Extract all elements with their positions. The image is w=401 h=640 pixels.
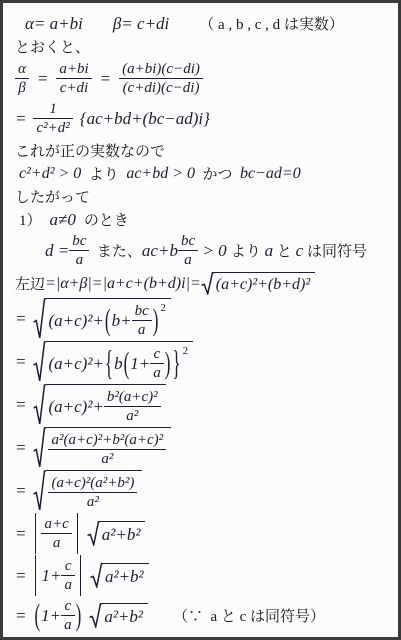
- square-root: (a+c)²+ ( b+ bc a ) 2: [33, 298, 170, 340]
- equals-sign: =: [15, 352, 26, 372]
- math-gt-zero: > 0: [198, 241, 231, 261]
- fraction-numerator: bc: [178, 232, 198, 251]
- text-mata: また、: [89, 240, 142, 261]
- fraction-abi-cdi: a+bi c+di: [56, 60, 91, 97]
- fraction-numerator: c: [61, 557, 75, 576]
- big-brace-close: }: [171, 343, 181, 384]
- d-equals: d =: [45, 241, 69, 261]
- radical-icon: [33, 427, 46, 469]
- fraction-numerator: (a+c)²(a²+b²): [48, 474, 137, 493]
- case-line-a-nonzero: 1） a≠0 のとき: [19, 209, 390, 230]
- formula-step-6: = a+c a a²+b²: [15, 513, 390, 554]
- label-lhs: 左辺: [15, 273, 45, 294]
- condition-bcad: bc−ad=0: [240, 165, 301, 183]
- absolute-value: a+c a: [35, 513, 77, 554]
- condition-acbd: ac+bd > 0: [126, 165, 195, 183]
- fraction-numerator: bc: [132, 302, 152, 321]
- beta-definition: β= c+di: [113, 14, 169, 34]
- formula-line-conditions: c²+d² > 0 より ac+bd > 0 かつ bc−ad=0: [19, 163, 390, 184]
- fraction-denominator: (c+di)(c−di): [119, 79, 203, 97]
- fraction-numerator: a²(a+c)²+b²(a+c)²: [48, 431, 166, 450]
- text-line-positive-real: これが正の実数なので: [15, 140, 390, 161]
- condition-c2d2: c²+d² > 0: [19, 165, 81, 183]
- formula-step-2: = (a+c)²+ { b ( 1+ c a ) } 2: [15, 341, 390, 383]
- radicand-prefix: (a+c)²+: [48, 354, 103, 374]
- fraction-combined: a²(a+c)²+b²(a+c)² a²: [48, 431, 166, 468]
- fraction-denominator: c+di: [56, 79, 91, 97]
- fraction-denominator: a: [61, 616, 75, 634]
- formula-step-1: = (a+c)²+ ( b+ bc a ) 2: [15, 298, 390, 340]
- fraction-denominator: c²+d²: [33, 119, 72, 137]
- paren-group: ( 1+ c a ): [33, 597, 82, 634]
- formula-line-expanded: = 1 c²+d² {ac+bd+(bc−ad)i}: [15, 100, 390, 137]
- fraction-denominator: a²: [48, 493, 137, 511]
- fraction-denominator: a: [41, 534, 71, 552]
- fraction-c-a: c a: [61, 557, 75, 594]
- document-page: α= a+bi β= c+di （ a , b , c , d は実数） とおく…: [0, 0, 401, 640]
- real-numbers-note: （ a , b , c , d は実数）: [199, 13, 344, 34]
- text-to: と: [273, 240, 296, 261]
- formula-line-d-value: d = bc a また、 ac+b bc a > 0 より a と c は同符号: [45, 232, 390, 269]
- formula-step-8-final: = ( 1+ c a ) a²+b² （∵ a と c は同符号）: [15, 597, 390, 634]
- formula-line-lhs: 左辺 =|α+β|=|a+c+(b+d)i|= (a+c)²+(b+d)²: [15, 272, 390, 295]
- math-one-plus: 1+: [41, 566, 61, 586]
- equals-sign: =: [37, 69, 48, 89]
- fraction-c-a: c a: [150, 345, 164, 382]
- fraction-numerator: 1: [33, 100, 72, 119]
- fraction-one-over-c2d2: 1 c²+d²: [33, 100, 72, 137]
- formula-line-division: α β = a+bi c+di = (a+bi)(c−di) (c+di)(c−…: [15, 60, 390, 97]
- square-root: (a+c)²(a²+b²) a²: [33, 470, 142, 512]
- braced-expression: {ac+bd+(bc−ad)i}: [80, 109, 210, 129]
- fraction-factored: (a+c)²(a²+b²) a²: [48, 474, 137, 511]
- math-b-plus: b+: [112, 311, 132, 331]
- big-paren-close: ): [164, 346, 172, 382]
- case-number: 1）: [19, 209, 42, 230]
- equals-sign: =: [100, 69, 111, 89]
- fraction-numerator: a+bi: [56, 60, 91, 79]
- fraction-denominator: a²: [48, 450, 166, 468]
- equals-sign: =: [15, 309, 26, 329]
- equals-sign: =: [15, 481, 26, 501]
- radicand: a²+b²: [104, 607, 143, 627]
- square-root: a²+b²: [89, 603, 148, 628]
- math-c: c: [296, 241, 304, 261]
- equals-sign: =: [15, 438, 26, 458]
- fraction-numerator: b²(a+c)²: [104, 388, 161, 407]
- absolute-value: 1+ c a: [35, 555, 80, 596]
- fraction-denominator: β: [15, 79, 29, 97]
- radicand: (a+c)²+(b+d)²: [216, 276, 310, 294]
- text-same-sign: は同符号: [303, 240, 367, 261]
- because-same-sign-note: （∵ a と c は同符号）: [173, 605, 325, 626]
- equals-sign: =: [15, 606, 26, 626]
- fraction-b2ac2-a2: b²(a+c)² a²: [104, 388, 161, 425]
- radical-icon: [201, 272, 214, 295]
- text-tookuto: とおくと、: [15, 36, 90, 57]
- text-notoki: のとき: [84, 209, 129, 230]
- math-one-plus: 1+: [130, 354, 150, 374]
- radical-icon: [87, 521, 100, 546]
- formula-line-definitions: α= a+bi β= c+di （ a , b , c , d は実数）: [25, 13, 390, 34]
- radical-icon: [33, 298, 46, 340]
- fraction-denominator: a: [178, 251, 198, 269]
- text-shitagatte: したがって: [15, 186, 90, 207]
- case-condition: a≠0: [50, 210, 76, 230]
- fraction-bc-a: bc a: [132, 302, 152, 339]
- big-paren-open: (: [33, 598, 41, 634]
- fraction-denominator: a: [132, 321, 152, 339]
- radical-icon: [89, 603, 102, 628]
- radical-icon: [90, 563, 103, 588]
- big-paren-close: ): [75, 598, 83, 634]
- radical-icon: [33, 341, 46, 383]
- formula-step-4: = a²(a+c)²+b²(a+c)² a²: [15, 427, 390, 469]
- text-katsu: かつ: [195, 163, 240, 184]
- big-paren-open: (: [123, 346, 131, 382]
- equals-sign: =: [15, 109, 26, 129]
- math-one-plus: 1+: [41, 606, 61, 626]
- formula-step-7: = 1+ c a a²+b²: [15, 555, 390, 596]
- equals-sign: =: [15, 566, 26, 586]
- square-root: a²(a+c)²+b²(a+c)² a²: [33, 427, 171, 469]
- fraction-ac-a: a+c a: [41, 515, 71, 552]
- radicand-prefix: (a+c)²+: [48, 397, 103, 417]
- fraction-numerator: a+c: [41, 515, 71, 534]
- fraction-numerator: c: [61, 597, 75, 616]
- text-positive-real: これが正の実数なので: [15, 140, 165, 161]
- radicand: a²+b²: [105, 567, 144, 587]
- math-b: b: [114, 354, 123, 374]
- big-brace-open: {: [104, 343, 114, 384]
- fraction-bc-a: bc a: [69, 232, 89, 269]
- fraction-numerator: c: [150, 345, 164, 364]
- math-a: a: [265, 241, 274, 261]
- formula-step-3: = (a+c)²+ b²(a+c)² a²: [15, 384, 390, 426]
- fraction-numerator: bc: [69, 232, 89, 251]
- alpha-definition: α= a+bi: [25, 14, 83, 34]
- big-paren-open: (: [104, 303, 112, 339]
- fraction-bc-a: bc a: [178, 232, 198, 269]
- superscript-two: 2: [160, 302, 166, 314]
- equals-sign: =: [15, 395, 26, 415]
- fraction-numerator: α: [15, 60, 29, 79]
- fraction-denominator: a²: [104, 407, 161, 425]
- equals-sign: =: [15, 524, 26, 544]
- superscript-two: 2: [183, 345, 189, 357]
- fraction-denominator: a: [61, 576, 75, 594]
- text-yori: より: [81, 163, 126, 184]
- fraction-conjugate: (a+bi)(c−di) (c+di)(c−di): [119, 60, 203, 97]
- square-root: a²+b²: [87, 521, 146, 546]
- formula-step-5: = (a+c)²(a²+b²) a²: [15, 470, 390, 512]
- radicand-prefix: (a+c)²+: [48, 311, 103, 331]
- radical-icon: [33, 384, 46, 426]
- square-root: (a+c)²+ { b ( 1+ c a ) } 2: [33, 341, 193, 383]
- text-yori: より: [231, 240, 265, 261]
- radicand: a²+b²: [102, 525, 141, 545]
- math-acb: ac+b: [142, 241, 178, 261]
- big-paren-close: ): [152, 303, 160, 339]
- fraction-denominator: a: [69, 251, 89, 269]
- fraction-c-a: c a: [61, 597, 75, 634]
- text-line-shitagatte: したがって: [15, 186, 390, 207]
- fraction-alpha-beta: α β: [15, 60, 29, 97]
- square-root: a²+b²: [90, 563, 149, 588]
- square-root: (a+c)²+(b+d)²: [201, 272, 315, 295]
- fraction-denominator: a: [150, 364, 164, 382]
- fraction-numerator: (a+bi)(c−di): [119, 60, 203, 79]
- radical-icon: [33, 470, 46, 512]
- abs-chain: =|α+β|=|a+c+(b+d)i|=: [45, 275, 201, 293]
- text-line-tookuto: とおくと、: [15, 36, 390, 57]
- square-root: (a+c)²+ b²(a+c)² a²: [33, 384, 165, 426]
